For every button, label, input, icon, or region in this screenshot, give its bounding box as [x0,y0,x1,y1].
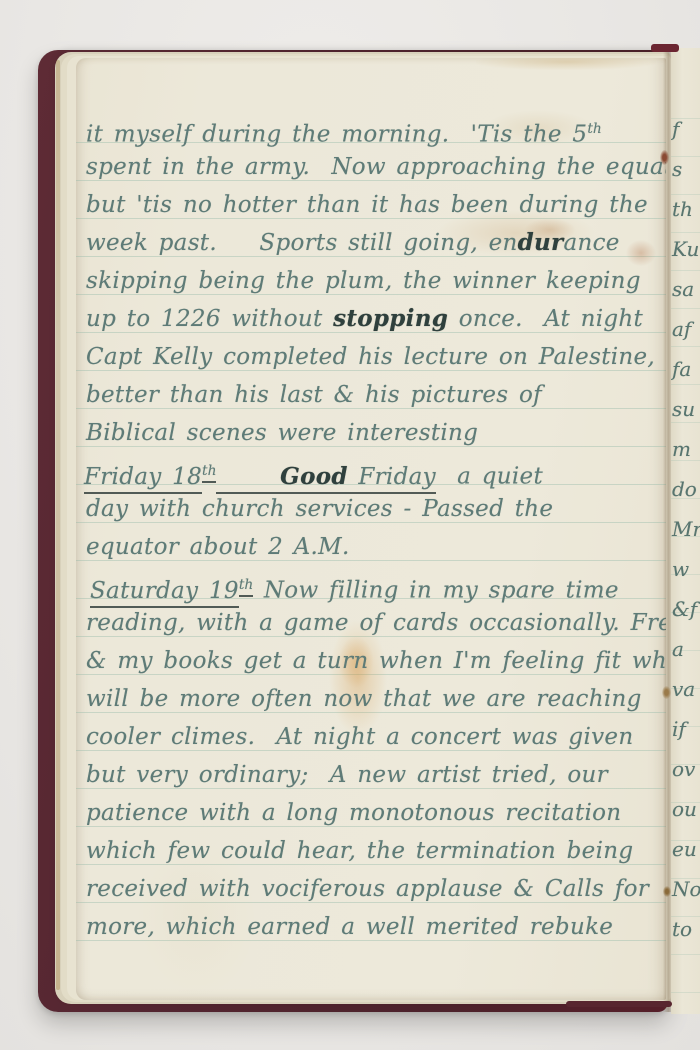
handwriting-line: it myself during the morning. 'Tis the 5… [86,112,602,146]
handwriting-line: more, which earned a well merited rebuke [86,910,613,944]
handwriting-line: received with vociferous applause & Call… [86,872,649,906]
handwriting-line: Capt Kelly completed his lecture on Pale… [86,340,655,374]
handwriting-segment: th [202,463,216,483]
handwriting-segment: Capt Kelly completed his lecture on Pale… [86,344,655,370]
handwriting-segment: th [239,577,253,597]
handwriting-line: week past. Sports still going, endurance [86,226,620,260]
handwriting-segment: will be more often now that we are reach… [86,686,642,712]
handwriting-segment: equator about 2 A.M. [86,534,350,560]
facing-handwriting-fragment: s [672,154,682,184]
handwriting-segment: better than his last & his pictures of [86,382,542,408]
facing-handwriting-fragment: &f [672,594,697,624]
facing-handwriting-fragment: w [672,554,689,584]
handwriting-segment: cooler climes. At night a concert was gi… [86,724,633,750]
facing-handwriting-fragment: a [672,634,684,664]
handwriting-line: but very ordinary; A new artist tried, o… [86,758,608,792]
facing-handwriting-fragment: sa [672,274,694,304]
handwriting-segment [216,464,280,494]
handwriting-segment: Now filling in my spare time [253,578,619,604]
handwriting-segment: a quiet [436,464,543,490]
handwriting-segment: dur [518,229,564,256]
facing-handwriting-fragment: No [672,874,700,904]
facing-handwriting-fragment: ou [672,794,697,824]
handwriting-segment: which few could hear, the termination be… [86,838,633,864]
facing-handwriting-fragment: do [672,474,697,504]
handwriting-segment: ance [563,230,619,256]
facing-handwriting-fragment: f [672,114,679,144]
diary-scan-photo: it myself during the morning. 'Tis the 5… [0,0,700,1050]
handwriting-segment: once. At night [448,306,643,332]
facing-handwriting-fragment: af [672,314,691,344]
cover-sliver-top-right [651,44,679,52]
top-edge-browning [476,58,656,70]
handwriting-segment: stopping [333,305,448,332]
handwriting-line: spent in the army. Now approaching the e… [86,150,666,184]
handwriting-segment: received with vociferous applause & Call… [86,876,649,902]
facing-page-edge: fsthKusaaffasumdoMrw&favaifovoueuNoto [671,48,700,1014]
handwriting-line: day with church services - Passed the [86,492,553,526]
handwriting-segment: Saturday 19 [90,578,239,608]
handwriting-segment: Friday 18 [84,464,202,494]
handwriting-segment: up to 1226 without [86,306,333,332]
facing-handwriting-fragment: fa [672,354,691,384]
handwriting-line: Biblical scenes were interesting [86,416,478,450]
handwriting-line: skipping being the plum, the winner keep… [86,264,641,298]
handwriting-segment: skipping being the plum, the winner keep… [86,268,641,294]
foxing-stain [626,240,656,266]
handwriting-segment: Good [280,463,348,494]
handwriting-segment: more, which earned a well merited rebuke [86,914,613,940]
handwriting-line: cooler climes. At night a concert was gi… [86,720,633,754]
handwriting-segment: Biblical scenes were interesting [86,420,478,446]
facing-handwriting-fragment: su [672,394,695,424]
page-edge-aging-streak [56,60,60,990]
handwriting-line: Saturday 19th Now filling in my spare ti… [90,568,619,602]
notebook-page: it myself during the morning. 'Tis the 5… [76,58,666,1000]
facing-handwriting-fragment: m [672,434,691,464]
handwriting-line: Friday 18th Good Friday a quiet [84,454,543,488]
handwriting-line: better than his last & his pictures of [86,378,542,412]
handwriting-line: reading, with a game of cards occasional… [86,606,666,640]
facing-handwriting-fragment: th [672,194,693,224]
handwriting-segment: reading, with a game of cards occasional… [86,610,666,636]
facing-handwriting-fragment: Mr [672,514,700,544]
handwriting-segment: but very ordinary; A new artist tried, o… [86,762,608,788]
handwriting-line: equator about 2 A.M. [86,530,350,564]
handwriting-line: which few could hear, the termination be… [86,834,633,868]
facing-handwriting-fragment: Ku [672,234,699,264]
handwriting-line: up to 1226 without stopping once. At nig… [86,302,643,336]
handwriting-segment: th [587,121,601,137]
facing-handwriting-fragment: va [672,674,695,704]
facing-handwriting-fragment: ov [672,754,695,784]
facing-handwriting-fragment: if [672,714,686,744]
facing-handwriting-fragment: to [672,914,692,944]
facing-handwriting-fragment: eu [672,834,697,864]
handwriting-line: patience with a long monotonous recitati… [86,796,621,830]
cover-sliver-bottom-right [566,1001,672,1007]
handwriting-segment: Friday [348,464,436,494]
handwriting-segment: spent in the army. Now approaching the e… [86,154,666,180]
handwriting-line: but 'tis no hotter than it has been duri… [86,188,648,222]
handwriting-segment: patience with a long monotonous recitati… [86,800,621,826]
handwriting-segment: & my books get a turn when I'm feeling f… [86,648,666,674]
handwriting-segment: week past. Sports still going, en [86,230,518,256]
handwriting-line: & my books get a turn when I'm feeling f… [86,644,666,678]
handwriting-line: will be more often now that we are reach… [86,682,642,716]
handwriting-segment: but 'tis no hotter than it has been duri… [86,192,648,218]
handwriting-segment: day with church services - Passed the [86,496,553,522]
handwriting-segment: it myself during the morning. 'Tis the 5 [86,122,587,148]
